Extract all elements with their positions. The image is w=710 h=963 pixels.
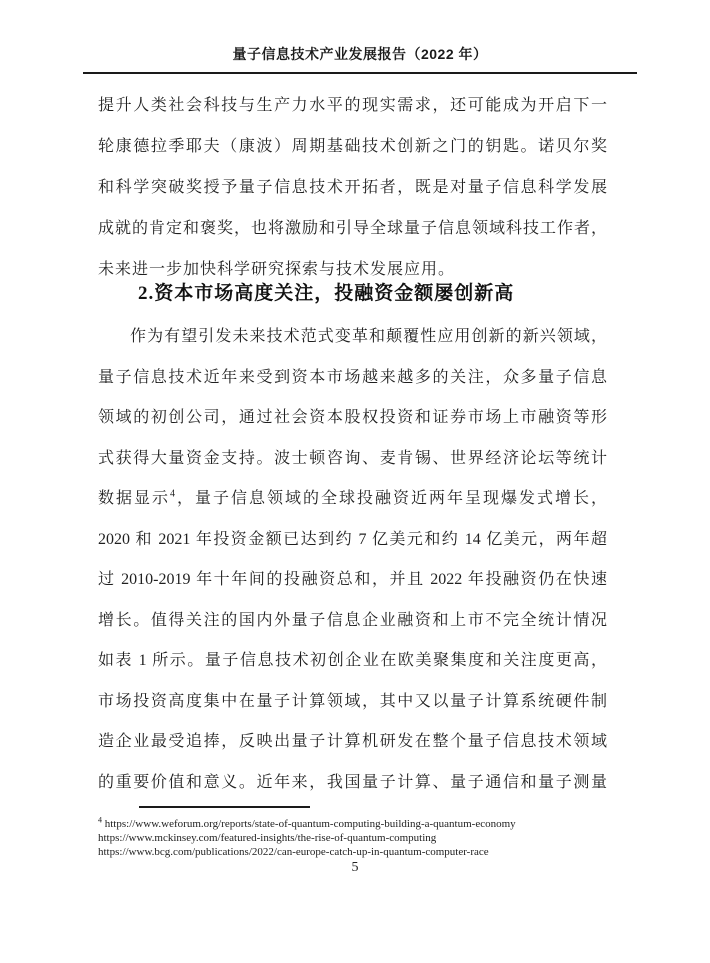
body-line: 造企业最受追捧，反映出量子计算机研发在整个量子信息技术领域 — [98, 722, 607, 763]
page-body: 提升人类社会科技与生产力水平的现实需求，还可能成为开启下一 轮康德拉季耶夫（康波… — [98, 85, 607, 803]
body-line: 成就的肯定和褒奖，也将激励和引导全球量子信息领域科技工作者， — [98, 208, 607, 249]
footnote-separator — [139, 806, 310, 808]
body-line: 市场投资高度集中在量子计算领域，其中又以量子计算系统硬件制 — [98, 682, 607, 723]
body-line: 轮康德拉季耶夫（康波）周期基础技术创新之门的钥匙。诺贝尔奖 — [98, 126, 607, 167]
body-line-with-footnote-ref: 数据显示4，量子信息领域的全球投融资近两年呈现爆发式增长， — [98, 479, 607, 520]
paragraph-2: 作为有望引发未来技术范式变革和颠覆性应用创新的新兴领域， 量子信息技术近年来受到… — [98, 317, 607, 803]
body-line: 作为有望引发未来技术范式变革和颠覆性应用创新的新兴领域， — [98, 317, 607, 358]
body-line: 提升人类社会科技与生产力水平的现实需求，还可能成为开启下一 — [98, 85, 607, 126]
footnote-url-1: https://www.weforum.org/reports/state-of… — [105, 818, 516, 830]
document-page: 量子信息技术产业发展报告（2022 年） 提升人类社会科技与生产力水平的现实需求… — [0, 0, 710, 963]
footnote-marker: 4 — [98, 815, 102, 824]
body-line: 量子信息技术近年来受到资本市场越来越多的关注，众多量子信息 — [98, 358, 607, 399]
body-line: 2020 和 2021 年投资金额已达到约 7 亿美元和约 14 亿美元，两年超 — [98, 520, 607, 561]
body-line: 如表 1 所示。量子信息技术初创企业在欧美聚集度和关注度更高， — [98, 641, 607, 682]
body-line: 式获得大量资金支持。波士顿咨询、麦肯锡、世界经济论坛等统计 — [98, 439, 607, 480]
page-number: 5 — [0, 860, 710, 876]
header-title: 量子信息技术产业发展报告（2022 年） — [232, 46, 487, 62]
footnote-line: 4 https://www.weforum.org/reports/state-… — [98, 817, 618, 831]
body-line: 的重要价值和意义。近年来，我国量子计算、量子通信和量子测量 — [98, 763, 607, 804]
footnote-area: 4 https://www.weforum.org/reports/state-… — [98, 817, 618, 859]
body-line: 领域的初创公司，通过社会资本股权投资和证券市场上市融资等形 — [98, 398, 607, 439]
paragraph-1: 提升人类社会科技与生产力水平的现实需求，还可能成为开启下一 轮康德拉季耶夫（康波… — [98, 85, 607, 290]
body-line: 过 2010-2019 年十年间的投融资总和，并且 2022 年投融资仍在快速 — [98, 560, 607, 601]
page-header: 量子信息技术产业发展报告（2022 年） — [83, 44, 637, 74]
body-text: 数据显示 — [98, 490, 170, 507]
body-text: ，量子信息领域的全球投融资近两年呈现爆发式增长， — [175, 490, 607, 507]
body-line: 和科学突破奖授予量子信息技术开拓者，既是对量子信息科学发展 — [98, 167, 607, 208]
section-heading: 2.资本市场高度关注，投融资金额屡创新高 — [138, 283, 607, 305]
footnote-url-3: https://www.bcg.com/publications/2022/ca… — [98, 845, 618, 859]
footnote-url-2: https://www.mckinsey.com/featured-insigh… — [98, 831, 618, 845]
body-line: 增长。值得关注的国内外量子信息企业融资和上市不完全统计情况 — [98, 601, 607, 642]
